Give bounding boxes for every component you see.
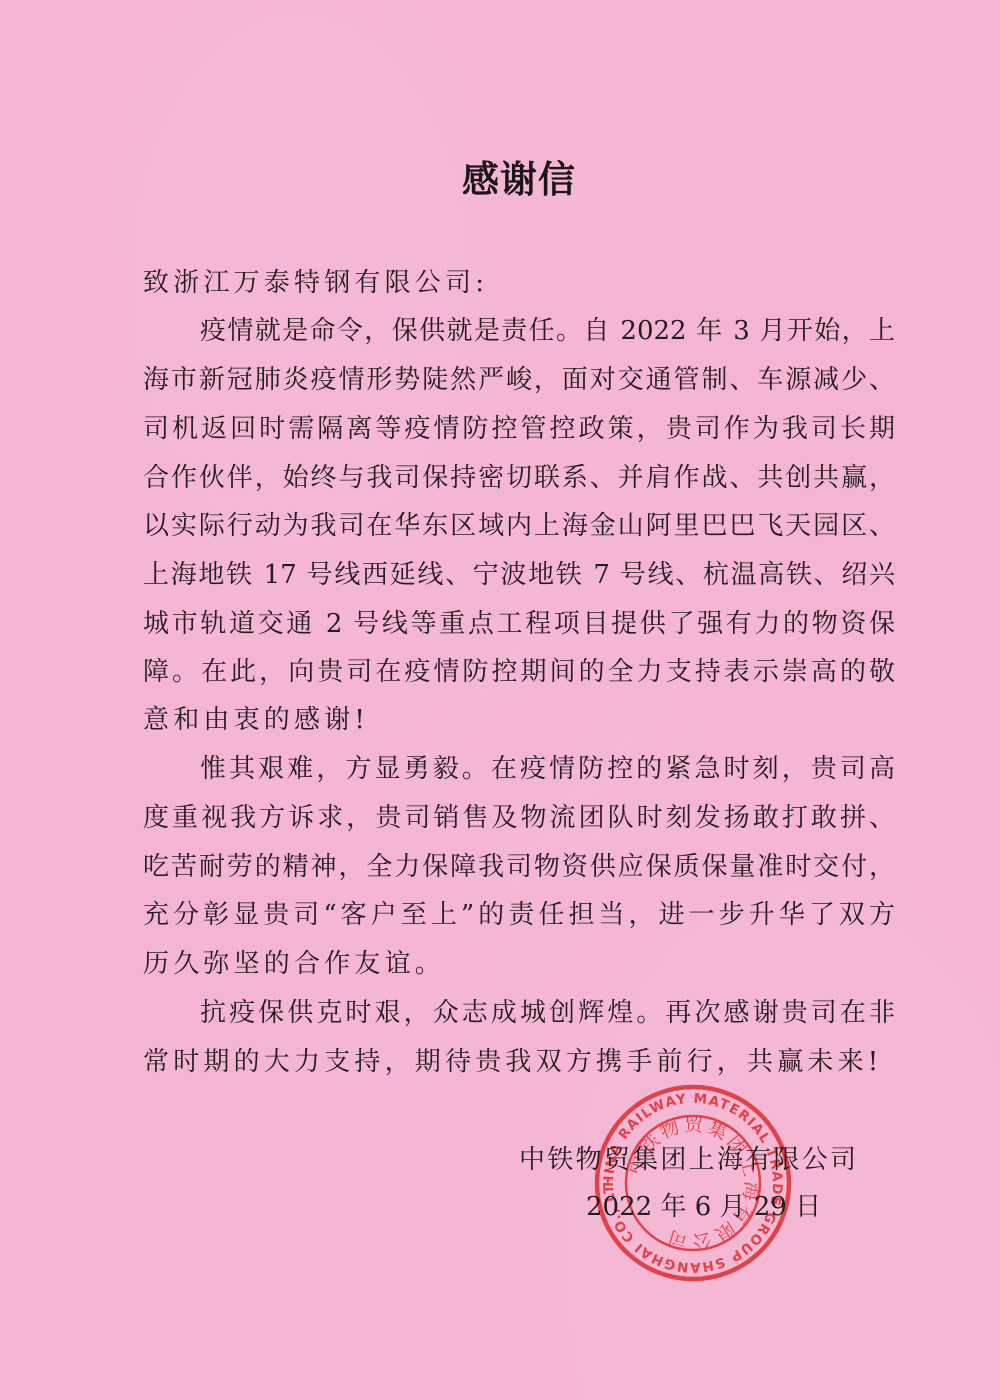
signature-date: 2022 年 6 月 29 日: [586, 1189, 800, 1225]
body-line: 度重视我方诉求，贵司销售及物流团队时刻发扬敢打敢拼、: [143, 798, 895, 838]
svg-text:中铁物贸集团上海有限公司: 中铁物贸集团上海有限公司: [624, 1114, 763, 1253]
body-line: 常时期的大力支持，期待贵我双方携手前行，共赢未来!: [143, 1042, 882, 1082]
body-line: 惟其艰难，方显勇毅。在疫情防控的紧急时刻，贵司高: [200, 749, 895, 789]
body-line: 合作伙伴，始终与我司保持密切联系、并肩作战、共创共赢，: [143, 458, 895, 498]
body-line: 历久弥坚的合作友谊。: [143, 944, 445, 984]
body-line: 障。在此，向贵司在疫情防控期间的全力支持表示崇高的敬: [143, 652, 895, 692]
letter-paper: 感谢信 致浙江万泰特钢有限公司: 疫情就是命令，保供就是责任。自 2022 年 …: [0, 0, 1000, 1400]
letter-title: 感谢信: [0, 154, 1000, 206]
body-line: 疫情就是命令，保供就是责任。自 2022 年 3 月开始，上: [200, 311, 895, 351]
seal-inner-text: 中铁物贸集团上海有限公司: [624, 1114, 763, 1253]
body-line: 以实际行动为我司在华东区域内上海金山阿里巴巴飞天园区、: [143, 506, 895, 546]
body-line: 城市轨道交通 2 号线等重点工程项目提供了强有力的物资保: [143, 604, 895, 644]
body-line: 抗疫保供克时艰，众志成城创辉煌。再次感谢贵司在非: [200, 993, 895, 1033]
signature-company: 中铁物贸集团上海有限公司: [519, 1142, 856, 1178]
body-line: 海市新冠肺炎疫情形势陡然严峻，面对交通管制、车源减少、: [143, 360, 895, 400]
body-line: 充分彰显贵司“客户至上”的责任担当，进一步升华了双方: [143, 895, 895, 935]
salutation: 致浙江万泰特钢有限公司:: [143, 263, 488, 303]
body-line: 意和由衷的感谢!: [143, 700, 369, 740]
company-seal-stamp: CHINA RAILWAY MATERIAL TRADE GROUP SHANG…: [593, 1083, 793, 1283]
body-line: 吃苦耐劳的精神，全力保障我司物资供应保质保量准时交付，: [143, 847, 895, 887]
body-line: 上海地铁 17 号线西延线、宁波地铁 7 号线、杭温高铁、绍兴: [143, 555, 895, 595]
body-line: 司机返回时需隔离等疫情防控管控政策，贵司作为我司长期: [143, 409, 895, 449]
